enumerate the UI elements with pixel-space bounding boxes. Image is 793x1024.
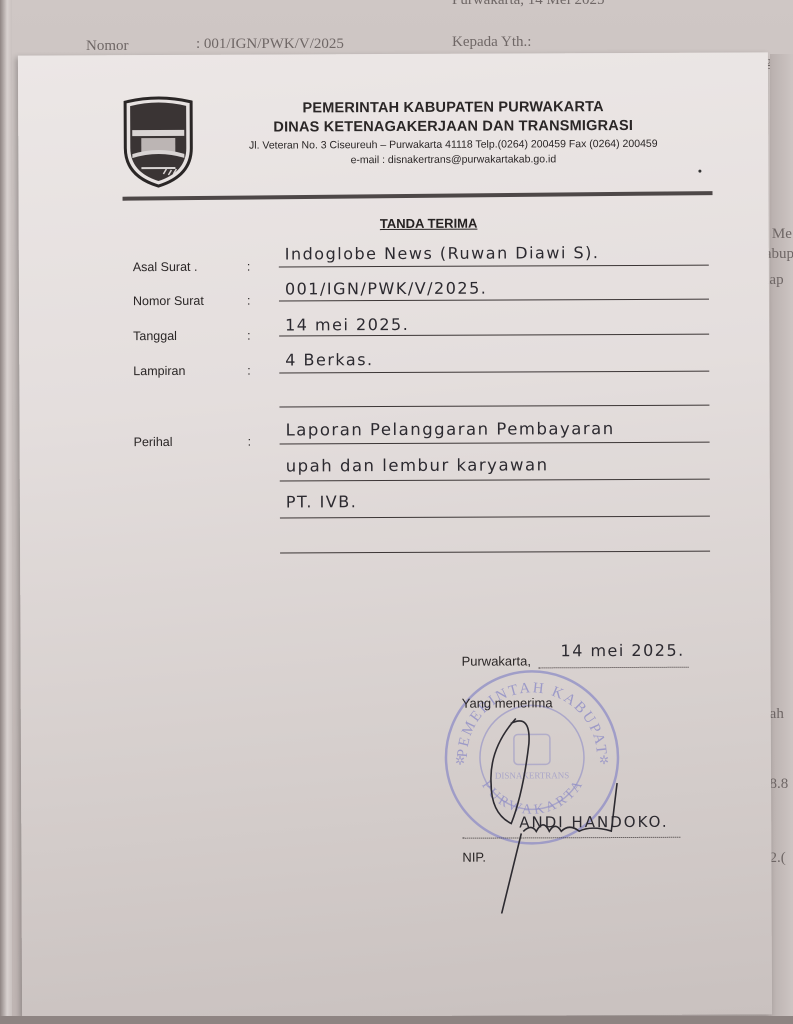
letterhead-agency: DINAS KETENAGAKERJAAN DAN TRANSMIGRASI	[208, 118, 698, 136]
field-value-tanggal: 14 mei 2025.	[285, 315, 409, 335]
letterhead-address: Jl. Veteran No. 3 Ciseureuh – Purwakarta…	[208, 138, 698, 152]
perihal-line-1: Laporan Pelanggaran Pembayaran	[285, 419, 614, 439]
field-underline	[280, 479, 710, 482]
field-value-nomor-surat: 001/IGN/PWK/V/2025.	[285, 279, 487, 299]
letterhead-divider	[123, 191, 713, 201]
letterhead-government: PEMERINTAH KABUPATEN PURWAKARTA	[208, 99, 698, 117]
form-title: TANDA TERIMA	[19, 214, 793, 233]
field-underline	[279, 371, 709, 374]
colon: :	[247, 260, 251, 274]
background-kepada: Kepada Yth.:	[452, 34, 531, 51]
field-underline	[280, 442, 710, 445]
field-label-asal-surat: Asal Surat .	[133, 260, 198, 274]
field-value-lampiran: 4 Berkas.	[285, 350, 373, 369]
field-label-perihal: Perihal	[134, 435, 173, 449]
receipt-sheet: PEMERINTAH KABUPATEN PURWAKARTA DINAS KE…	[18, 52, 772, 1017]
colon: :	[247, 364, 251, 378]
field-value-asal-surat: Indoglobe News (Ruwan Diawi S).	[285, 243, 600, 263]
field-label-lampiran: Lampiran	[133, 364, 185, 378]
field-underline	[279, 299, 709, 302]
background-date: Purwakarta, 14 Mei 2025	[452, 0, 604, 9]
purwakarta-crest-icon	[119, 96, 197, 188]
background-nomor-label: Nomor	[86, 38, 129, 55]
field-label-tanggal: Tanggal	[133, 329, 177, 343]
letterhead-email: e-mail : disnakertrans@purwakartakab.go.…	[208, 153, 698, 167]
field-underline-blank	[280, 551, 710, 554]
colon: :	[247, 329, 251, 343]
nip-label: NIP.	[462, 850, 486, 865]
ink-dot	[698, 170, 701, 173]
signature-icon	[461, 703, 662, 914]
signature-place: Purwakarta,	[462, 653, 531, 668]
background-nomor-value: : 001/IGN/PWK/V/2025	[196, 36, 344, 53]
field-underline-blank	[279, 405, 709, 408]
surface-edge	[0, 1016, 793, 1024]
background-right-strip	[770, 54, 793, 1016]
receiver-name: ANDI HANDOKO.	[519, 813, 668, 832]
paper-edge	[0, 0, 12, 1024]
field-underline	[280, 516, 710, 519]
perihal-line-3: PT. IVB.	[286, 492, 358, 511]
field-underline	[279, 265, 709, 268]
field-label-nomor-surat: Nomor Surat	[133, 294, 204, 308]
signature-date: 14 mei 2025.	[560, 641, 684, 661]
colon: :	[247, 294, 251, 308]
letterhead: PEMERINTAH KABUPATEN PURWAKARTA DINAS KE…	[208, 99, 698, 167]
colon: :	[248, 435, 252, 449]
perihal-line-2: upah dan lembur karyawan	[286, 455, 549, 475]
